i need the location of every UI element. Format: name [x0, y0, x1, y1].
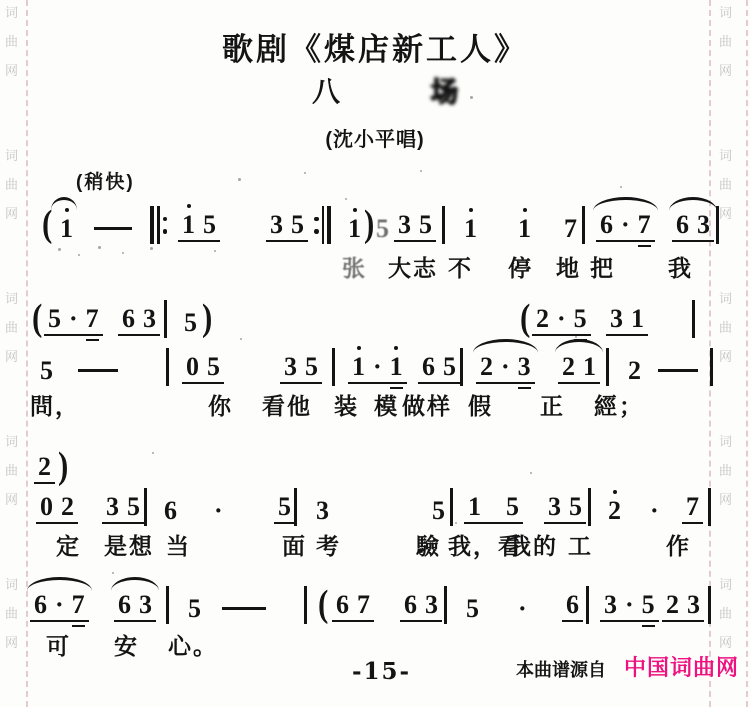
notation-token: 5	[274, 494, 295, 524]
barline	[164, 300, 167, 338]
scan-speck	[345, 198, 347, 200]
notation-token: 65	[418, 354, 460, 384]
lyric-syllable: 你	[208, 388, 233, 421]
repeat-open-sign	[150, 206, 167, 244]
scan-speck	[575, 336, 577, 338]
barline	[606, 348, 609, 386]
dash-note	[94, 227, 132, 231]
lyrics-line: 定是想当面考驗我，看我的工作	[0, 528, 750, 558]
scan-speck	[530, 472, 532, 474]
notation-token: 5	[184, 596, 205, 622]
scan-speck	[152, 452, 154, 454]
barline	[304, 586, 307, 624]
performer-credit: (沈小平唱)	[0, 123, 750, 152]
scan-speck	[240, 338, 242, 340]
notation-token: 35	[102, 494, 144, 524]
notation-line: 505351·1652·3212	[0, 346, 750, 386]
scan-speck	[150, 247, 153, 250]
lyric-syllable: 面	[282, 528, 307, 561]
lyric-syllable: 模	[374, 388, 399, 421]
notation-token: 6·7	[596, 212, 655, 242]
notation-token: 63	[114, 592, 156, 622]
paren: )	[198, 298, 216, 336]
notation-token: 1·1	[348, 354, 407, 384]
watermark-char: 词	[5, 6, 18, 19]
notation-line: (5·7635)(2·531	[0, 298, 750, 338]
barline	[692, 300, 695, 338]
barline	[586, 586, 589, 624]
lyric-syllable: 看他	[262, 388, 312, 421]
scan-speck	[78, 254, 80, 256]
scan-speck	[238, 178, 241, 181]
lyrics-line: 张大志不停地把我	[0, 250, 750, 280]
source-credit-label: 本曲谱源自	[516, 656, 606, 682]
notation-token: 05	[182, 354, 224, 384]
lyric-syllable: 驗	[416, 528, 441, 561]
watermark-char: 曲	[5, 178, 18, 191]
tempo-marking: (稍快)	[76, 167, 135, 194]
scene-label-first-char: 八	[312, 70, 340, 110]
notation-line: 6·7635(67635·63·523	[0, 584, 750, 624]
notation-token: 6	[160, 498, 181, 524]
notation-token: 6	[562, 592, 583, 622]
lyric-syllable: 地	[556, 250, 581, 283]
notation-token: 23	[662, 592, 704, 622]
notation-token: ·	[210, 498, 227, 524]
notation-token: 63	[672, 212, 714, 242]
notation-token: 63	[118, 306, 160, 336]
notation-token: 1	[514, 216, 535, 242]
barline	[588, 488, 591, 526]
watermark-char: 曲	[719, 178, 732, 191]
notation-token: 5	[462, 596, 483, 622]
page-number: -15-	[352, 658, 411, 685]
lyric-syllable: 定	[56, 528, 81, 561]
notation-token: 02	[36, 494, 78, 524]
lyric-syllable: 可	[46, 628, 71, 661]
lyric-syllable: 张	[342, 250, 367, 283]
lyric-syllable: 做样	[402, 388, 452, 421]
lyric-syllable: 装	[334, 388, 359, 421]
scan-speck	[58, 248, 61, 251]
notation-token: 2·3	[476, 354, 535, 384]
notation-token: 5·7	[44, 306, 103, 336]
scan-speck	[122, 252, 124, 254]
lyric-syllable: 不	[448, 250, 473, 283]
scan-speck	[304, 172, 306, 174]
lyric-syllable: 假	[468, 388, 493, 421]
dash-note	[658, 369, 698, 373]
barline	[708, 488, 711, 526]
notation-token: 3·5	[600, 592, 659, 622]
lyric-syllable: 当	[166, 528, 191, 561]
scene-label-second-char-smudged: 场	[430, 70, 458, 110]
notation-token: 5	[428, 498, 449, 524]
barline	[582, 206, 585, 244]
barline	[708, 586, 711, 624]
lyric-syllable: 工	[568, 528, 593, 561]
opera-title: 歌剧《煤店新工人》	[0, 24, 750, 69]
notation-token: 15	[178, 212, 220, 242]
notation-token: 35	[280, 354, 322, 384]
repeat-close-sign	[314, 206, 331, 244]
notation-token: 2	[604, 498, 625, 524]
lyric-syllable: 作	[666, 528, 691, 561]
lyric-syllable: 大志	[388, 250, 438, 283]
barline	[450, 488, 453, 526]
notation-token: ·	[646, 498, 663, 524]
scan-speck	[620, 186, 622, 188]
dash-note	[222, 607, 266, 611]
lyric-syllable: 正	[540, 388, 565, 421]
barline	[444, 586, 447, 624]
notation-token: 5	[372, 216, 393, 242]
notation-token: 35	[394, 212, 436, 242]
notation-token: 21	[558, 354, 600, 384]
barline	[166, 348, 169, 386]
notation-token: 6·7	[30, 592, 89, 622]
notation-token: 5	[36, 358, 57, 384]
barline	[144, 488, 147, 526]
notation-token: 35	[544, 494, 586, 524]
lyric-syllable: 是想	[104, 528, 154, 561]
barline	[166, 586, 169, 624]
notation-token: 7	[560, 216, 581, 242]
notation-token: 1	[460, 216, 481, 242]
lyric-syllable: 經；	[594, 388, 644, 421]
barline	[442, 206, 445, 244]
notation-token: 2	[34, 454, 55, 484]
notation-token: 35	[266, 212, 308, 242]
watermark-char: 词	[719, 6, 732, 19]
barline	[294, 488, 297, 526]
notation-token: 7	[682, 494, 703, 524]
notation-token: 67	[332, 592, 374, 622]
scan-speck	[98, 246, 101, 249]
notation-line: 2)	[0, 446, 750, 486]
notation-token: ·	[514, 596, 531, 622]
sheet-music-page: 词曲网词曲网词曲网词曲网词曲网 词曲网词曲网词曲网词曲网词曲网 歌剧《煤店新工人…	[0, 0, 750, 707]
notation-token: 3	[312, 498, 333, 524]
scan-speck	[455, 522, 457, 524]
scan-speck	[470, 96, 473, 99]
lyric-syllable: 心。	[168, 628, 218, 661]
paren: )	[54, 446, 72, 484]
barline	[716, 206, 719, 244]
notation-token: 31	[606, 306, 648, 336]
lyric-syllable: 我	[668, 250, 693, 283]
lyrics-line: 問，你看他装模做样假正經；	[0, 388, 750, 418]
barline	[710, 348, 713, 386]
lyric-syllable: 停	[508, 250, 533, 283]
notation-token: 2·5	[532, 306, 591, 336]
paren: (	[314, 584, 332, 622]
source-site-name: 中国词曲网	[624, 651, 739, 682]
scan-speck	[112, 572, 114, 574]
notation-token: 1 5	[464, 494, 523, 524]
notation-token: 1	[56, 216, 77, 242]
scan-speck	[420, 170, 422, 172]
notation-token: 2	[624, 358, 645, 384]
notation-token: 63	[400, 592, 442, 622]
lyric-syllable: 考	[316, 528, 341, 561]
barline	[460, 348, 463, 386]
lyric-syllable: 我的	[508, 528, 558, 561]
scan-speck	[214, 250, 216, 252]
barline	[332, 348, 335, 386]
lyric-syllable: 把	[590, 250, 615, 283]
notation-line: 02356·5351 5352·7	[0, 486, 750, 526]
notation-line: (115351)5351176·763	[0, 204, 750, 244]
lyric-syllable: 安	[114, 628, 139, 661]
dash-note	[78, 369, 118, 373]
lyric-syllable: 問，	[30, 388, 80, 421]
